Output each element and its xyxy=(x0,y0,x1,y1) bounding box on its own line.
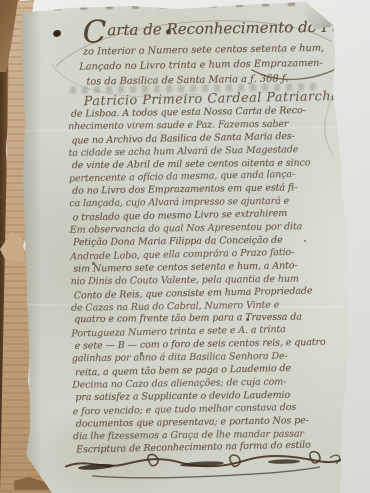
closing-rubric-flourish xyxy=(62,446,348,483)
handwritten-text: Carta de Reconhecimento do Pra- zo Inter… xyxy=(0,0,370,493)
title-block: Carta de Reconhecimento do Pra- zo Inter… xyxy=(82,14,333,91)
body-paragraph: Patricio Primeiro Cardeal Patriarcha de … xyxy=(68,91,350,457)
manuscript-page: Carta de Reconhecimento do Pra- zo Inter… xyxy=(0,0,370,493)
title-line: tos da Basilica de Santa Maria a ƒ. 368 … xyxy=(86,71,333,90)
title-line: Carta de Reconhecimento do Pra- xyxy=(82,14,332,45)
manuscript-photo: Carta de Reconhecimento do Pra- zo Inter… xyxy=(0,0,370,493)
